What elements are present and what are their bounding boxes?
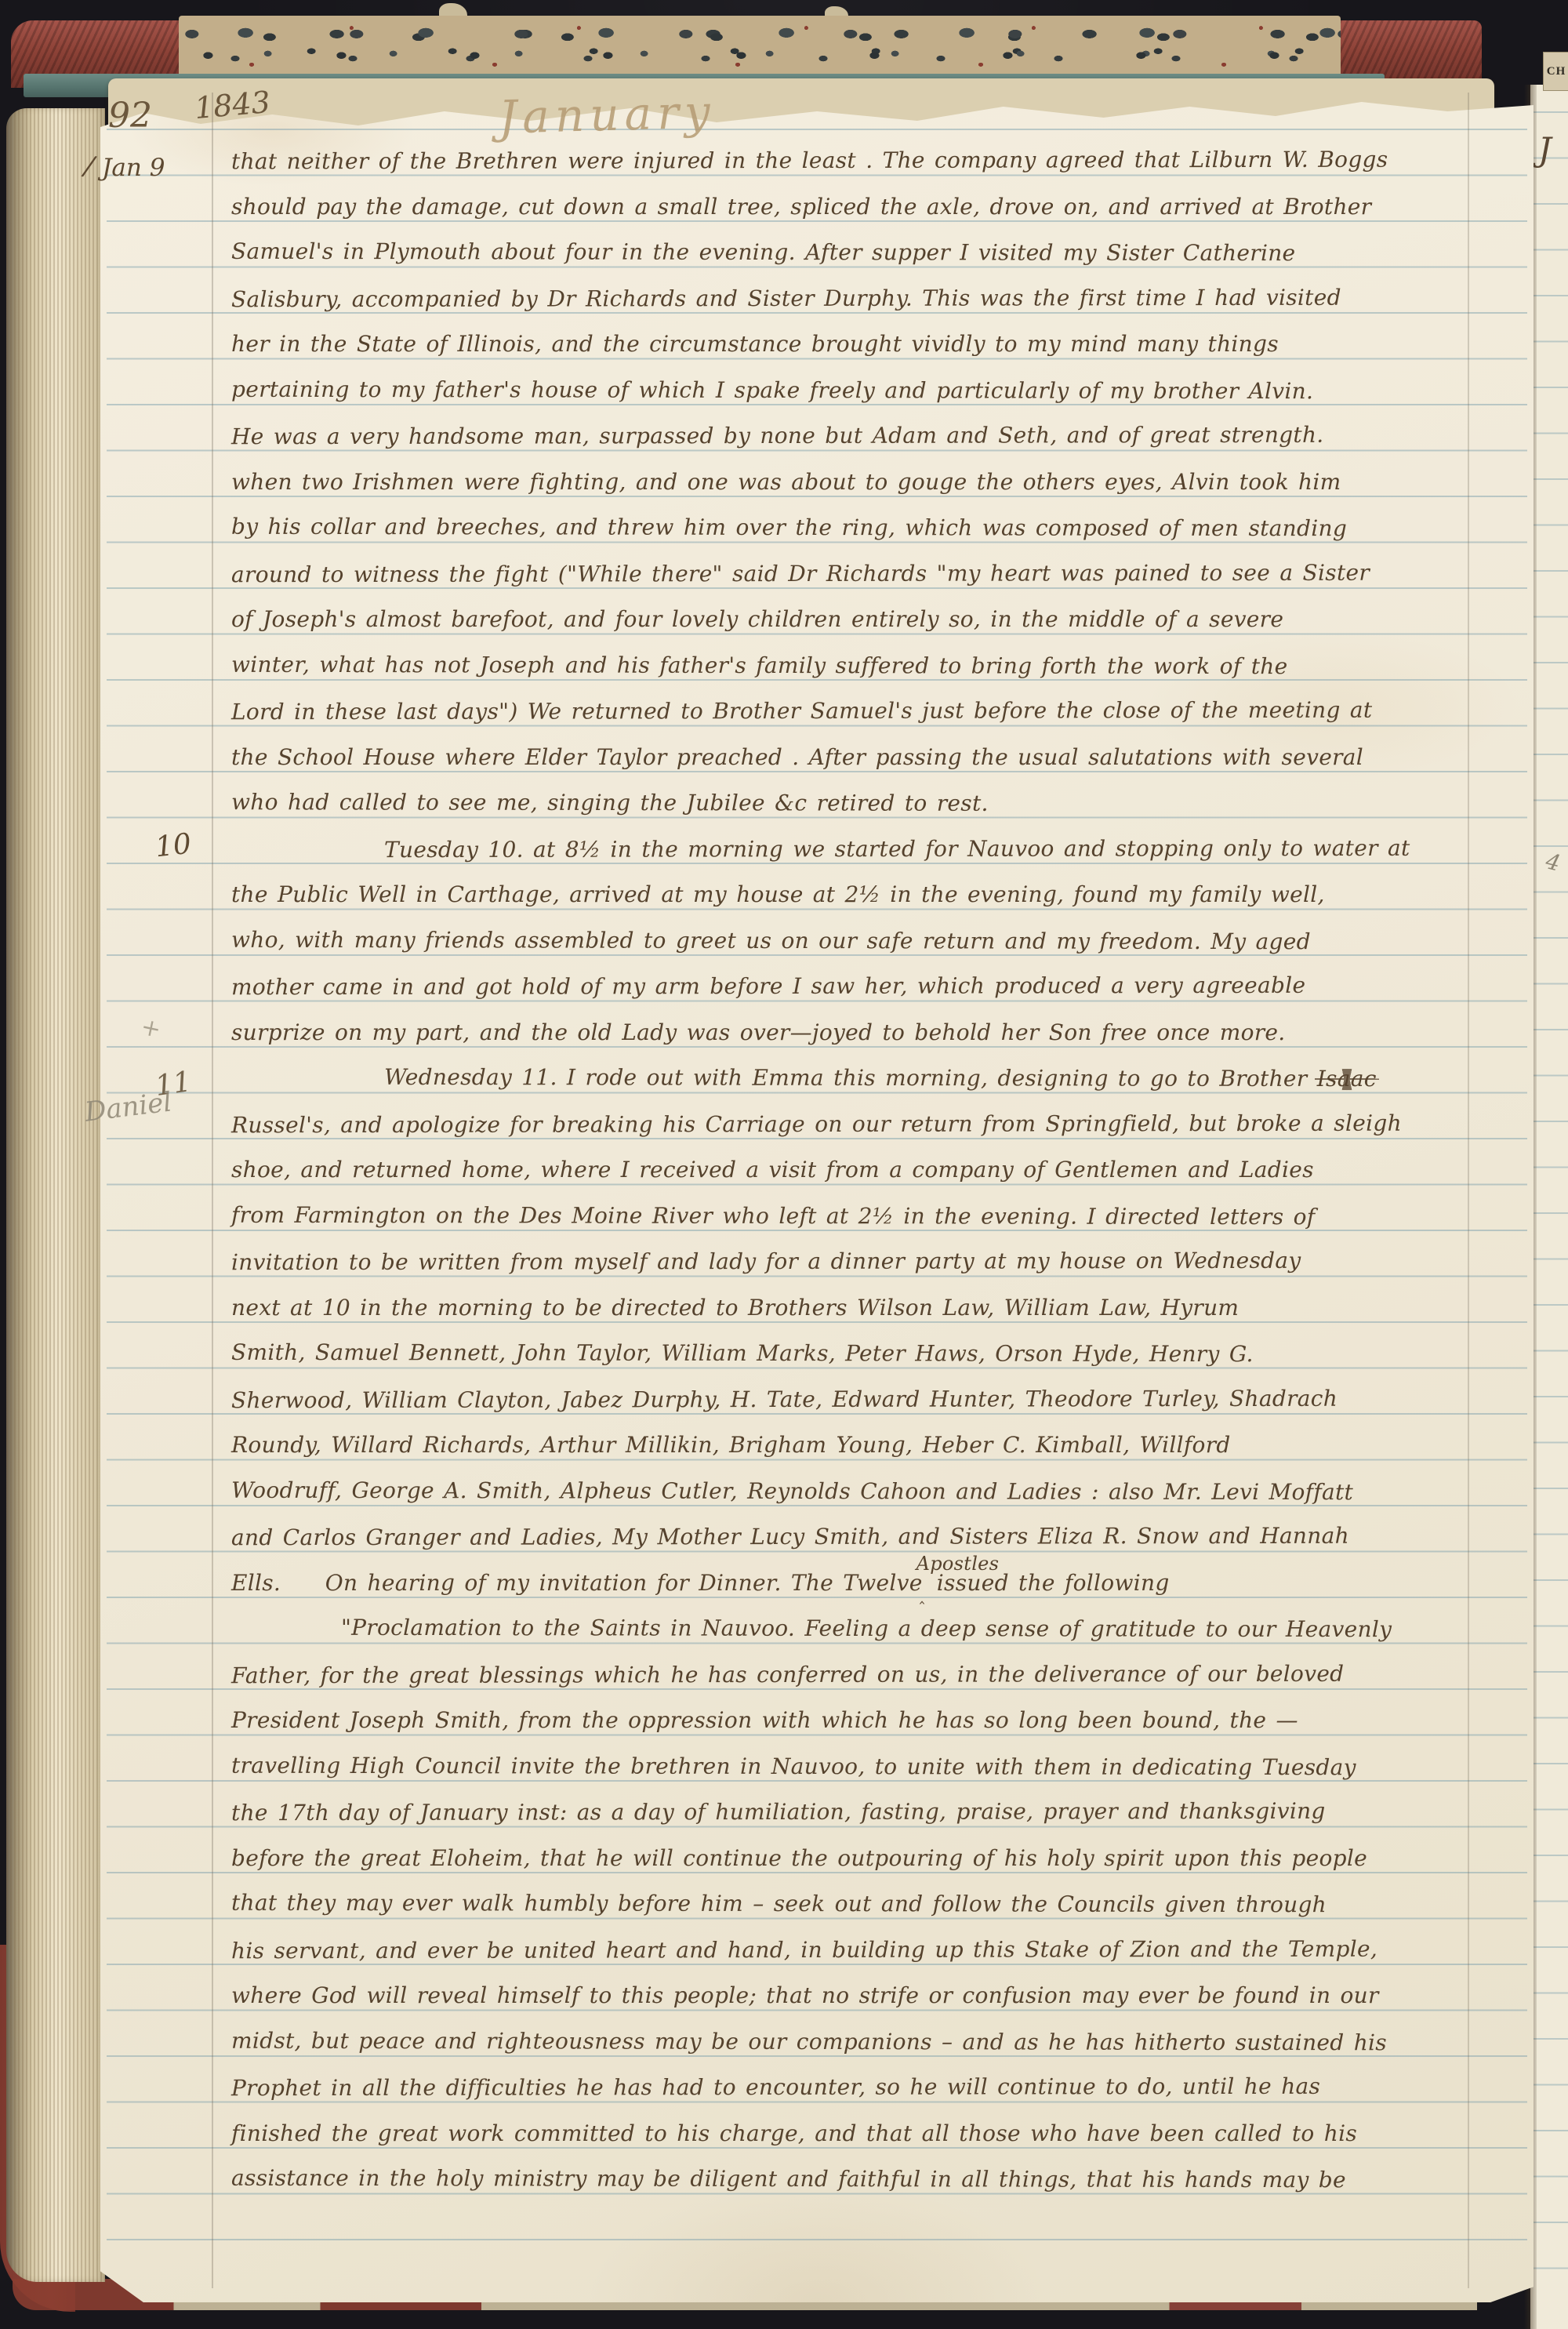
caret-mark: ‸ [920, 1586, 925, 1604]
line-text: Lord in these last days") We returned to… [231, 697, 1372, 725]
manuscript-line: "Proclamation to the Saints in Nauvoo. F… [341, 1615, 1392, 1642]
manuscript-line: Smith, Samuel Bennett, John Taylor, Will… [231, 1339, 1254, 1367]
manuscript-line: from Farmington on the Des Moine River w… [231, 1201, 1316, 1229]
manuscript-line: when two Irishmen were fighting, and one… [231, 469, 1341, 495]
manuscript-line: who had called to see me, singing the Ju… [231, 789, 989, 816]
line-text: winter, what has not Joseph and his fath… [231, 651, 1288, 678]
line-text: invitation to be written from myself and… [231, 1248, 1301, 1275]
line-text: Father, for the great blessings which he… [231, 1660, 1344, 1688]
line-text: from Farmington on the Des Moine River w… [231, 1201, 1316, 1229]
manuscript-line: the 17th day of January inst: as a day o… [231, 1798, 1326, 1826]
manuscript-line: mother came in and got hold of my arm be… [231, 972, 1305, 1000]
line-text: around to witness the fight ("While ther… [231, 559, 1370, 587]
manuscript-line: Samuel's in Plymouth about four in the e… [231, 238, 1295, 266]
manuscript-line: next at 10 in the morning to be directed… [231, 1295, 1239, 1321]
line-text: midst, but peace and righteousness may b… [231, 2027, 1387, 2055]
manuscript-line: pertaining to my father's house of which… [231, 376, 1313, 403]
manuscript-line: her in the State of Illinois, and the ci… [231, 331, 1279, 357]
line-text: next at 10 in the morning to be directed… [231, 1295, 1239, 1321]
scanned-journal-photo: J 4 CH January 92 1843 ∕ Jan 9 10 + 11 D… [0, 0, 1568, 2329]
line-text: when two Irishmen were fighting, and one… [231, 469, 1341, 495]
line-text: Sherwood, William Clayton, Jabez Durphy,… [231, 1385, 1338, 1412]
manuscript-line: surprize on my part, and the old Lady wa… [231, 1019, 1286, 1045]
line-text: Russel's, and apologize for breaking his… [231, 1110, 1402, 1138]
manuscript-line: He was a very handsome man, surpassed by… [231, 422, 1324, 449]
manuscript-line: the Public Well in Carthage, arrived at … [231, 881, 1325, 907]
manuscript-line: where God will reveal himself to this pe… [231, 1982, 1379, 2008]
manuscript-line: Father, for the great blessings which he… [231, 1660, 1344, 1688]
manuscript-line: that neither of the Brethren were injure… [231, 147, 1388, 175]
line-text: assistance in the holy ministry may be d… [231, 2165, 1346, 2193]
manuscript-line: assistance in the holy ministry may be d… [231, 2165, 1346, 2193]
manuscript-line: Russel's, and apologize for breaking his… [231, 1110, 1402, 1138]
manuscript-line: winter, what has not Joseph and his fath… [231, 651, 1288, 678]
line-text: that neither of the Brethren were injure… [231, 147, 1388, 175]
manuscript-line: Wednesday 11. I rode out with Emma this … [384, 1064, 1377, 1092]
line-text: "Proclamation to the Saints in Nauvoo. F… [341, 1615, 1392, 1642]
line-text: should pay the damage, cut down a small … [231, 194, 1371, 220]
manuscript-line: travelling High Council invite the breth… [231, 1752, 1356, 1780]
manuscript-line: who, with many friends assembled to gree… [231, 926, 1311, 954]
manuscript-line: his servant, and ever be united heart an… [231, 1935, 1377, 1964]
line-text: who, with many friends assembled to gree… [231, 926, 1311, 954]
line-text: of Joseph's almost barefoot, and four lo… [231, 606, 1283, 632]
manuscript-line: should pay the damage, cut down a small … [231, 194, 1371, 220]
line-text: Ells. On hearing of my invitation for Di… [231, 1570, 923, 1596]
line-text: that they may ever walk humbly before hi… [231, 1890, 1327, 1917]
line-text: He was a very handsome man, surpassed by… [231, 422, 1324, 449]
line-text: shoe, and returned home, where I receive… [231, 1157, 1314, 1183]
manuscript-line: Ells. On hearing of my invitation for Di… [231, 1570, 1170, 1596]
line-text: pertaining to my father's house of which… [231, 376, 1313, 403]
line-text: President Joseph Smith, from the oppress… [231, 1707, 1298, 1733]
line-text: finished the great work committed to his… [231, 2120, 1357, 2146]
line-text: Salisbury, accompanied by Dr Richards an… [231, 284, 1341, 311]
line-text: Prophet in all the difficulties he has h… [231, 2073, 1320, 2101]
line-text: Smith, Samuel Bennett, John Taylor, Will… [231, 1339, 1254, 1367]
line-text: mother came in and got hold of my arm be… [231, 972, 1305, 1000]
manuscript-line: and Carlos Granger and Ladies, My Mother… [231, 1523, 1349, 1550]
line-text: Wednesday 11. I rode out with Emma this … [384, 1064, 1317, 1092]
line-text: who had called to see me, singing the Ju… [231, 789, 989, 816]
manuscript-text-block: that neither of the Brethren were injure… [0, 0, 1568, 2329]
manuscript-line: around to witness the fight ("While ther… [231, 559, 1370, 587]
line-text: Woodruff, George A. Smith, Alpheus Cutle… [231, 1477, 1353, 1504]
line-text: Samuel's in Plymouth about four in the e… [231, 238, 1295, 266]
line-text: before the great Eloheim, that he will c… [231, 1845, 1367, 1871]
line-text: the School House where Elder Taylor prea… [231, 744, 1363, 770]
line-text: travelling High Council invite the breth… [231, 1752, 1356, 1780]
manuscript-line: that they may ever walk humbly before hi… [231, 1890, 1327, 1917]
inserted-word: Apostles [916, 1553, 1000, 1575]
manuscript-line: finished the great work committed to his… [231, 2120, 1357, 2146]
manuscript-line: Prophet in all the difficulties he has h… [231, 2073, 1320, 2101]
manuscript-line: before the great Eloheim, that he will c… [231, 1845, 1367, 1871]
manuscript-line: Woodruff, George A. Smith, Alpheus Cutle… [231, 1477, 1353, 1504]
line-text: where God will reveal himself to this pe… [231, 1982, 1379, 2008]
manuscript-line: the School House where Elder Taylor prea… [231, 744, 1363, 770]
manuscript-line: Roundy, Willard Richards, Arthur Milliki… [231, 1432, 1231, 1458]
line-text: the 17th day of January inst: as a day o… [231, 1798, 1326, 1826]
manuscript-line: midst, but peace and righteousness may b… [231, 2027, 1387, 2055]
line-text: by his collar and breeches, and threw hi… [231, 514, 1347, 541]
line-text: the Public Well in Carthage, arrived at … [231, 881, 1325, 907]
manuscript-line: Tuesday 10. at 8½ in the morning we star… [384, 834, 1410, 862]
manuscript-line: Lord in these last days") We returned to… [231, 697, 1372, 725]
line-text: his servant, and ever be united heart an… [231, 1935, 1377, 1964]
manuscript-line: invitation to be written from myself and… [231, 1248, 1301, 1275]
line-text: and Carlos Granger and Ladies, My Mother… [231, 1523, 1349, 1550]
line-text: Roundy, Willard Richards, Arthur Milliki… [231, 1432, 1231, 1458]
line-text: Tuesday 10. at 8½ in the morning we star… [384, 834, 1410, 862]
manuscript-line: President Joseph Smith, from the oppress… [231, 1707, 1298, 1733]
line-text: surprize on my part, and the old Lady wa… [231, 1019, 1286, 1045]
struck-out-word: Isaac [1317, 1066, 1377, 1092]
manuscript-line: by his collar and breeches, and threw hi… [231, 514, 1347, 541]
manuscript-line: shoe, and returned home, where I receive… [231, 1157, 1314, 1183]
manuscript-line: Sherwood, William Clayton, Jabez Durphy,… [231, 1385, 1338, 1412]
manuscript-line: Salisbury, accompanied by Dr Richards an… [231, 284, 1341, 311]
manuscript-line: of Joseph's almost barefoot, and four lo… [231, 606, 1283, 632]
line-text: her in the State of Illinois, and the ci… [231, 331, 1279, 357]
